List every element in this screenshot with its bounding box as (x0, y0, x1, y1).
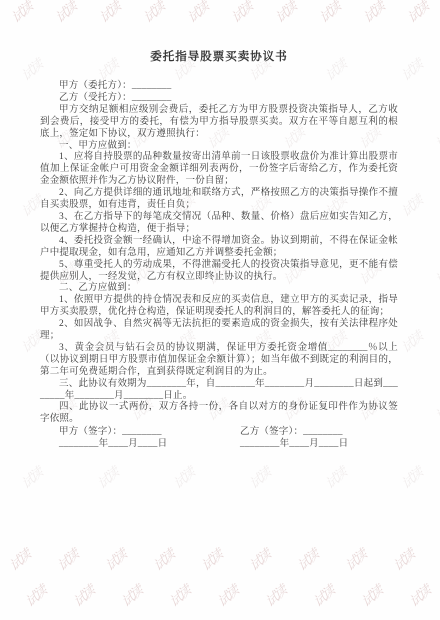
watermark-stamp: 试读 (397, 326, 424, 357)
doc-paragraph-item: 4、委托投资金额一经确认，中途不得增加资金。协议到期前，不得在保证金帐户中提取现… (40, 236, 398, 260)
watermark-stamp: 试读 (245, 462, 272, 493)
watermark-stamp: 试读 (197, 544, 224, 575)
doc-paragraph-field: 甲方（委托方）：________ (40, 81, 398, 93)
doc-paragraph-item: 3、在乙方指导下的每笔成交情况（品种、数量、价格）盘后应如实告知乙方，以便乙方掌… (40, 212, 398, 236)
doc-paragraph-para: 甲方交纳足额相应级别会费后，委托乙方为甲方股票投资决策指导人，乙方收到会费后，接… (40, 105, 398, 141)
doc-paragraph-section: 二、乙方应做到： (40, 283, 398, 295)
watermark-stamp: 试读 (101, 544, 128, 575)
signature-right: ________年____月____日 (240, 438, 398, 450)
watermark-stamp: 试读 (93, 462, 120, 493)
watermark-stamp: 试读 (341, 544, 368, 575)
watermark-stamp: 试读 (5, 544, 32, 575)
watermark-stamp: 试读 (227, 0, 254, 27)
watermark-stamp: 试读 (357, 580, 384, 611)
watermark-stamp: 试读 (397, 54, 424, 85)
watermark-stamp: 试读 (165, 580, 192, 611)
watermark-stamp: 试读 (21, 580, 48, 611)
watermark-stamp: 试读 (315, 0, 342, 27)
doc-paragraphs: 甲方（委托方）：________乙方（受托方）：________甲方交纳足额相应… (40, 81, 398, 451)
watermark-stamp: 试读 (53, 544, 80, 575)
watermark-stamp: 试读 (69, 580, 96, 611)
signature-right: 乙方（签字）：________ (240, 426, 398, 438)
signature-left: 甲方（签字）：________ (40, 426, 240, 438)
signature-left: ________年____月____日 (40, 438, 240, 450)
watermark-stamp: 试读 (51, 0, 78, 27)
watermark-stamp: 试读 (245, 544, 272, 575)
doc-signature-row: 甲方（签字）：________乙方（签字）：________ (40, 426, 398, 438)
doc-title: 委托指导股票买卖协议书 (40, 48, 398, 64)
doc-paragraph-section: 一、甲方应做到： (40, 141, 398, 153)
watermark-stamp: 试读 (95, 0, 122, 27)
doc-paragraph-item: 5、尊重受托人的劳动成果，不得泄漏受托人的投资决策指导意见，更不能有偿提供应别人… (40, 260, 398, 284)
doc-signature-row: ________年____月____日________年____月____日 (40, 438, 398, 450)
watermark-stamp: 试读 (405, 580, 432, 611)
doc-paragraph-section: 四、此协议一式两份，双方各持一份，各自以对方的身份证复印件作为协议签字依照。 (40, 402, 398, 426)
doc-paragraph-section: 三、此协议有效期为________年，自________年________月__… (40, 379, 398, 403)
watermark-stamp: 试读 (117, 580, 144, 611)
watermark-stamp: 试读 (431, 122, 440, 153)
doc-paragraph-item: 1、依照甲方提供的持仓情况表和反应的买卖信息，建立甲方的买卖记录，指导甲方买卖股… (40, 295, 398, 319)
watermark-stamp: 试读 (213, 580, 240, 611)
watermark-stamp: 试读 (17, 462, 44, 493)
watermark-stamp: 试读 (397, 190, 424, 221)
watermark-stamp: 试读 (271, 0, 298, 27)
watermark-stamp: 试读 (403, 0, 430, 27)
watermark-stamp: 试读 (293, 544, 320, 575)
watermark-stamp: 试读 (139, 0, 166, 27)
doc-paragraph-item: 3、黄金会员与钻石会员的协议期满，保证甲方委托资金增值________％以上（以… (40, 343, 398, 379)
watermark-stamp: 试读 (149, 544, 176, 575)
doc-paragraph-item: 2、向乙方提供详细的通讯地址和联络方式，严格按照乙方的决策指导操作不擅自买卖股票… (40, 188, 398, 212)
watermark-stamp: 试读 (431, 258, 440, 289)
doc-paragraph-field: 乙方（受托方）：________ (40, 93, 398, 105)
watermark-stamp: 试读 (7, 0, 34, 27)
watermark-stamp: 试读 (169, 462, 196, 493)
watermark-stamp: 试读 (397, 462, 424, 493)
watermark-stamp: 试读 (309, 580, 336, 611)
document-body: 委托指导股票买卖协议书 甲方（委托方）：________乙方（受托方）：____… (40, 48, 398, 451)
watermark-stamp: 试读 (359, 0, 386, 27)
watermark-stamp: 试读 (261, 580, 288, 611)
watermark-stamp: 试读 (431, 394, 440, 425)
watermark-stamp: 试读 (389, 544, 416, 575)
watermark-stamp: 试读 (321, 462, 348, 493)
document-page: 试读试读试读试读试读试读试读试读试读试读试读试读试读试读试读试读试读试读试读试读… (0, 0, 440, 620)
doc-paragraph-item: 2、如因战争、自然灾祸等无法抗拒的要素造成的资金损失，按有关法律程序处理； (40, 319, 398, 343)
watermark-stamp: 试读 (183, 0, 210, 27)
doc-paragraph-item: 1、应将自持股票的品种数量按寄出清单前一日该股票收盘价为准计算出股票市值加上保证… (40, 152, 398, 188)
